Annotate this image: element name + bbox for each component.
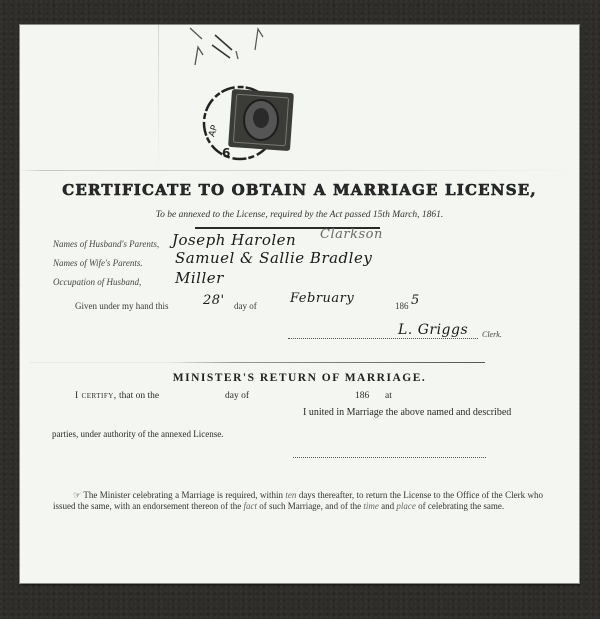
year-written: 5	[411, 293, 420, 308]
pencil-marks-icon	[170, 25, 280, 70]
united-line: I united in Marriage the above named and…	[303, 407, 511, 418]
occupation-label: Occupation of Husband,	[53, 277, 141, 287]
fold-line-vertical	[158, 25, 159, 175]
wife-parents-value: Samuel & Sallie Bradley	[175, 249, 372, 267]
clerk-signature: L. Griggs	[398, 322, 468, 338]
certify-day-of: day of	[225, 391, 249, 401]
given-label: Given under my hand this	[75, 301, 169, 311]
day-of-label: day of	[234, 301, 257, 311]
certificate-title: CERTIFICATE TO OBTAIN A MARRIAGE LICENSE…	[20, 181, 579, 199]
clerk-signature-line	[288, 338, 478, 339]
minister-instruction-note: ☞ The Minister celebrating a Marriage is…	[53, 490, 543, 512]
certificate-subtitle: To be annexed to the License, required b…	[20, 210, 579, 220]
certify-rest: that on the	[119, 391, 159, 401]
section-divider	[30, 362, 485, 363]
husband-parents-value: Joseph Harolen	[172, 231, 296, 249]
certify-word: I certify,	[75, 391, 117, 401]
svg-text:6: 6	[222, 146, 230, 160]
pointing-hand-icon: ☞	[73, 490, 81, 500]
husband-parents-label: Names of Husband's Parents,	[53, 239, 159, 249]
certify-year: 186	[355, 391, 369, 401]
certify-line: I certify, that on the	[75, 391, 159, 401]
ministers-return-title: MINISTER'S RETURN OF MARRIAGE.	[20, 372, 579, 384]
husband-parents-struck-value: Clarkson	[320, 227, 383, 242]
given-day-value: 28'	[203, 293, 225, 308]
revenue-stamp-icon: AP 6	[200, 73, 300, 168]
svg-text:AP: AP	[207, 124, 221, 139]
fold-line	[20, 170, 579, 171]
wife-parents-label: Names of Wife's Parents.	[53, 258, 143, 268]
year-printed: 186	[395, 301, 409, 311]
minister-signature-line	[293, 457, 486, 458]
certify-at: at	[385, 391, 392, 401]
parties-line: parties, under authority of the annexed …	[52, 429, 223, 439]
document-page: AP 6 CERTIFICATE TO OBTAIN A MARRIAGE LI…	[20, 25, 579, 583]
given-month-value: February	[290, 291, 354, 306]
clerk-label: Clerk.	[482, 330, 502, 339]
occupation-value: Miller	[175, 269, 224, 287]
